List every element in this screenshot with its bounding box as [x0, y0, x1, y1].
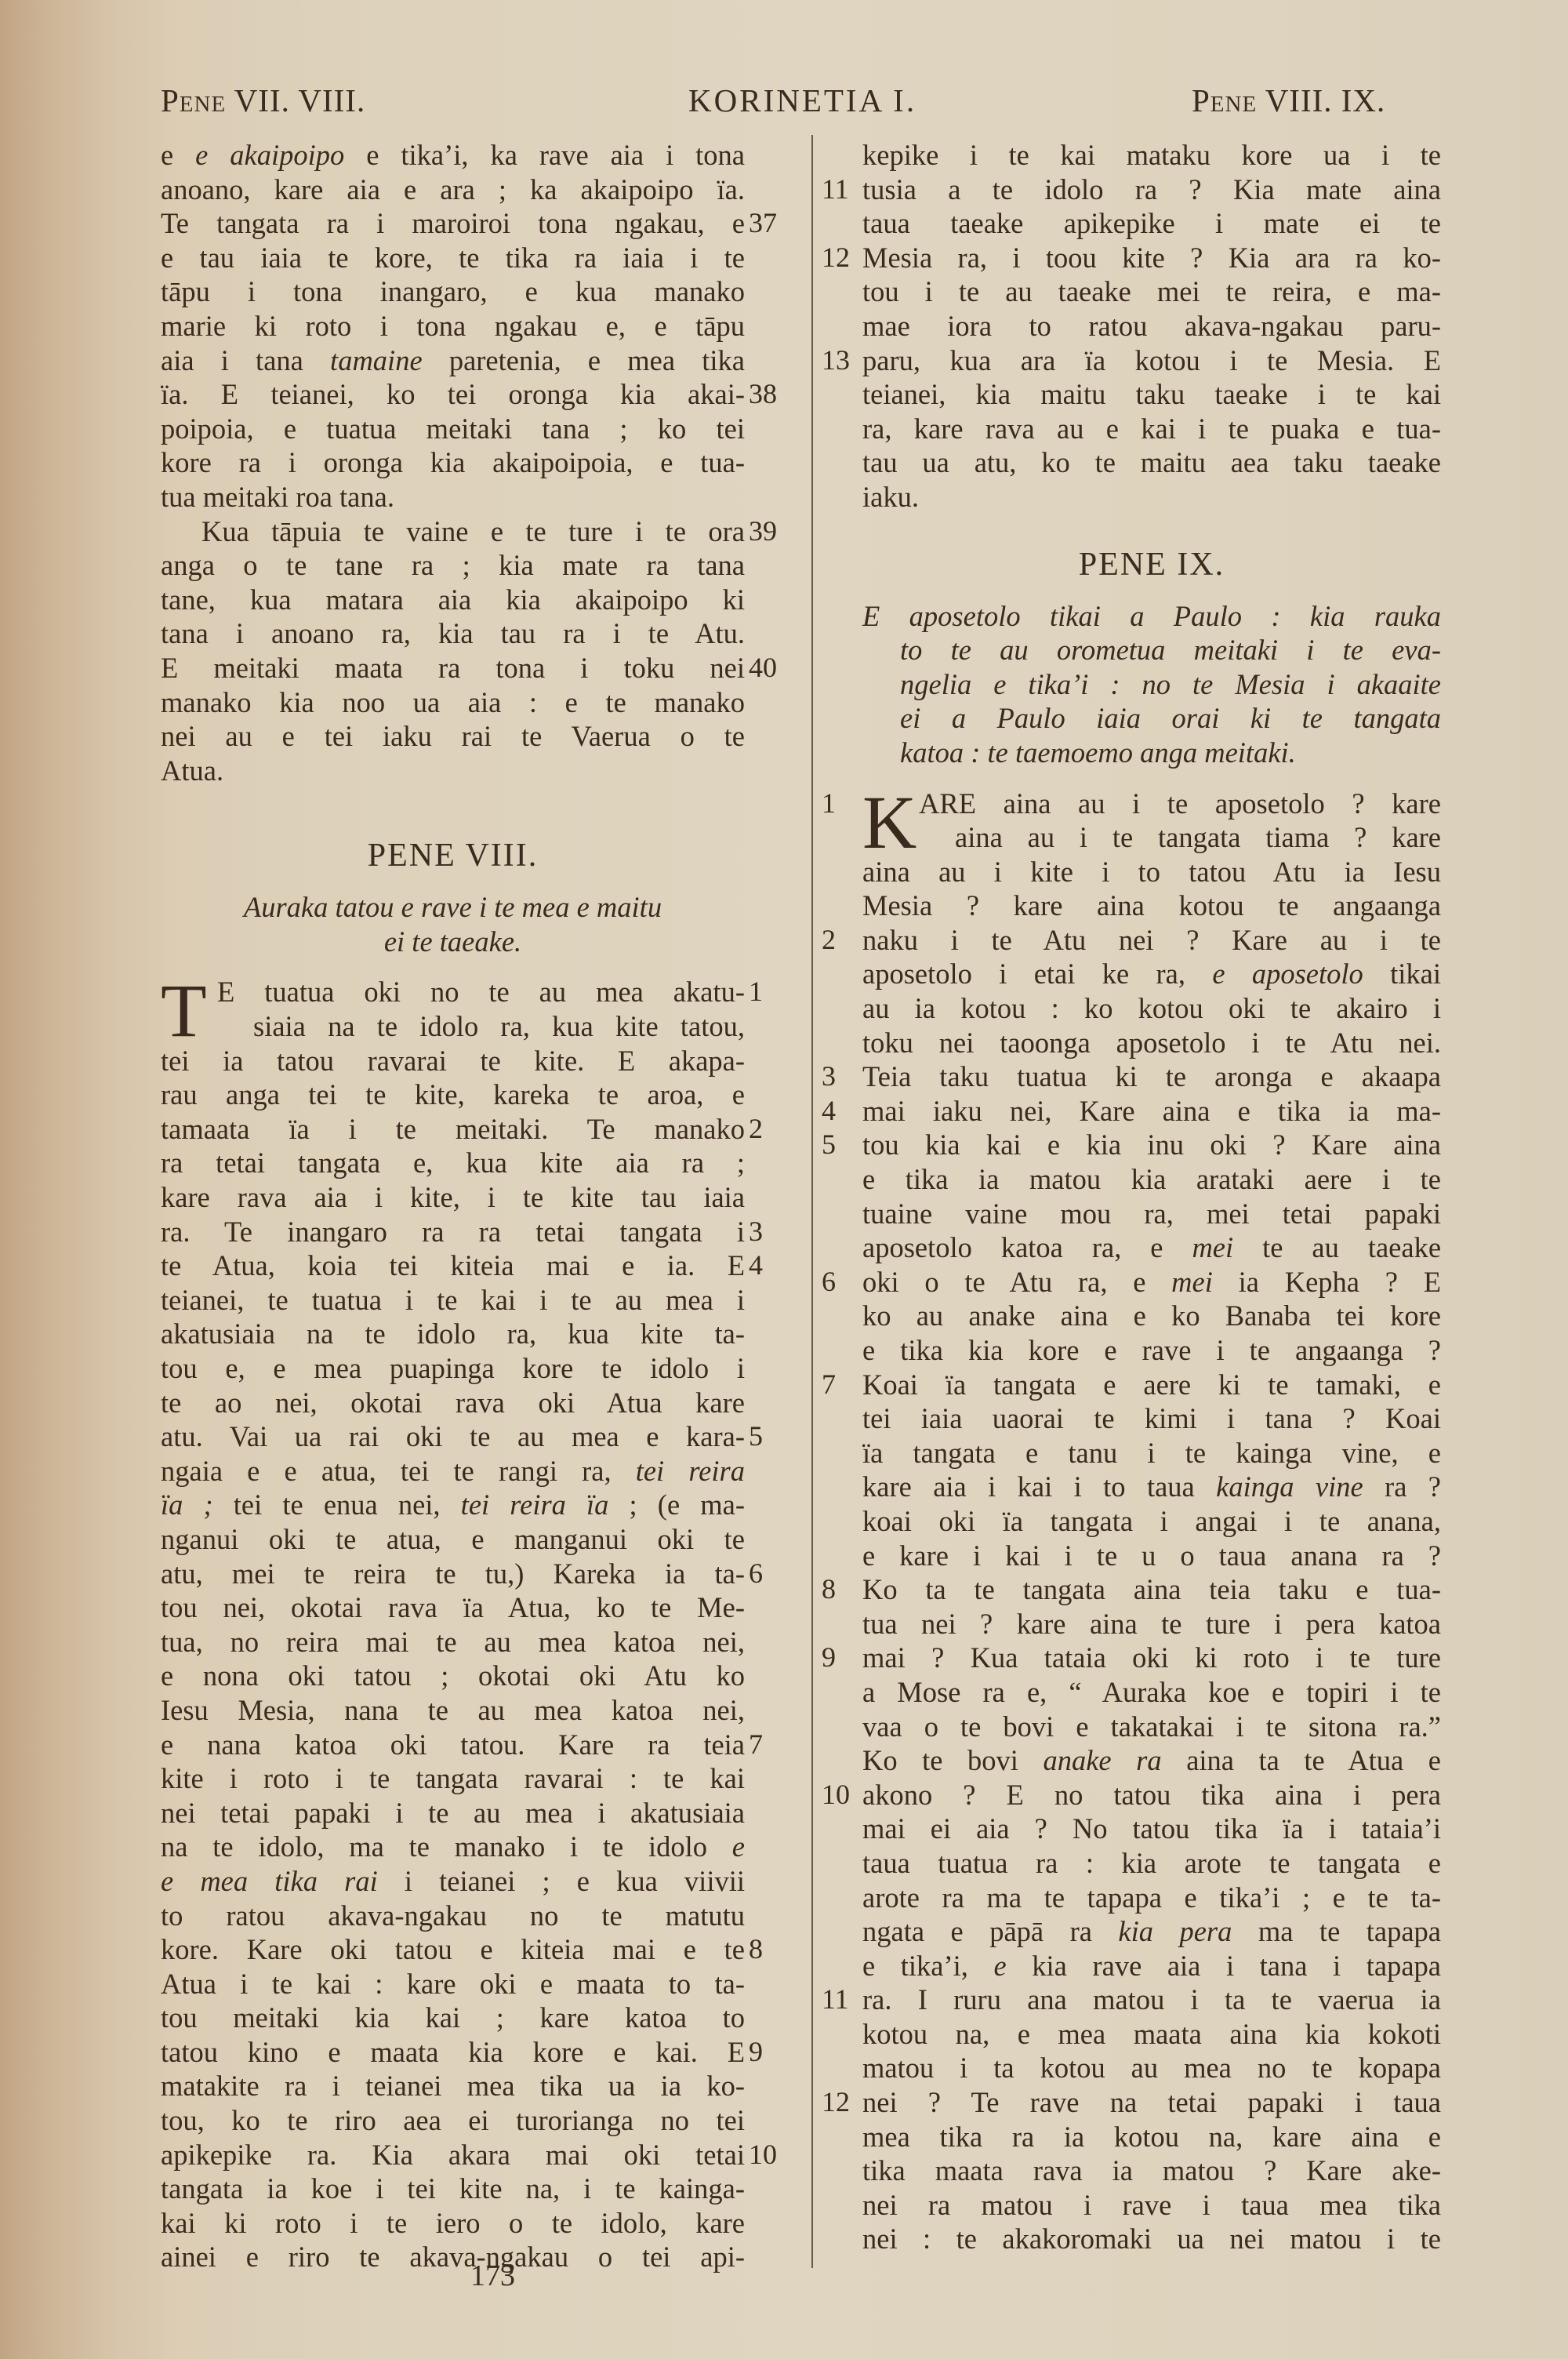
- text-line: Ko ta te tangata aina teia taku e tua-8: [862, 1572, 1441, 1607]
- text-line: rau anga tei te kite, kareka te aroa, e: [161, 1078, 745, 1112]
- text-line: apikepike ra. Kia akara mai oki tetai10: [161, 2138, 745, 2172]
- text-line: taua taeake apikepike i mate ei te: [862, 206, 1441, 241]
- text-line: tāpu i tona inangaro, e kua manako: [161, 274, 745, 309]
- verse-number: 10: [822, 1778, 850, 1812]
- running-head-left: Pene VII. VIII.: [161, 82, 365, 119]
- text-line: e e akaipoipo e tika’i, ka rave aia i to…: [161, 138, 745, 173]
- text-line: akono ? E no tatou tika aina i pera10: [862, 1778, 1441, 1812]
- text-line: manako kia noo ua aia : e te manako: [161, 685, 745, 720]
- text-line: ngata e pāpā ra kia pera ma te tapapa: [862, 1914, 1441, 1949]
- text-line: iaku.: [862, 480, 1441, 514]
- text-line: arote ra ma te tapapa e tika’i ; e te ta…: [862, 1881, 1441, 1915]
- text-line: nganui oki te atua, e manganui oki te: [161, 1522, 745, 1557]
- verse-number: 9: [822, 1641, 836, 1675]
- verse-number: 7: [822, 1368, 836, 1402]
- text-line: tou i te au taeake mei te reira, e ma-: [862, 274, 1441, 309]
- chapter-summary-viii: Auraka tatou e rave i te mea e maituei t…: [161, 890, 745, 958]
- verse-number: 7: [749, 1728, 763, 1762]
- verse-number: 5: [749, 1419, 763, 1454]
- text-line: matakite ra i teianei mea tika ua ia ko-: [161, 2069, 745, 2103]
- chapter-viii-opening: T E tuatua oki no te au mea akatu-1siaia…: [161, 975, 745, 1043]
- text-line: tei ia tatou ravarai te kite. E akapa-: [161, 1044, 745, 1078]
- text-line: e kare i kai i te u o taua anana ra ?: [862, 1539, 1441, 1573]
- chapter-summary-ix: E aposetolo tikai a Paulo : kia raukato …: [862, 599, 1441, 770]
- text-line: aposetolo i etai ke ra, e aposetolo tika…: [862, 957, 1441, 991]
- running-head-left-smallcaps: Pene: [161, 82, 226, 118]
- text-line: mai iaku nei, Kare aina e tika ia ma-4: [862, 1094, 1441, 1129]
- text-line: a Mose ra e, “ Auraka koe e topiri i te: [862, 1675, 1441, 1710]
- text-line: Te tangata ra i maroiroi tona ngakau, e3…: [161, 206, 745, 241]
- text-line: atu. Vai ua rai oki te au mea e kara-5: [161, 1419, 745, 1454]
- summary-line: ngelia e tika’i : no te Mesia i akaaite: [862, 667, 1441, 702]
- text-line: ARE aina au i te aposetolo ? kare1: [862, 787, 1441, 821]
- verse-number: 9: [749, 2035, 763, 2070]
- text-line: to ratou akava-ngakau no te matutu: [161, 1899, 745, 1933]
- text-line: ïa. E teianei, ko tei oronga kia akai-38: [161, 377, 745, 412]
- text-line: naku i te Atu nei ? Kare au i te2: [862, 923, 1441, 958]
- text-line: teianei, kia maitu taku taeake i te kai: [862, 377, 1441, 412]
- text-line: tou, ko te riro aea ei turorianga no tei: [161, 2103, 745, 2138]
- verse-number: 39: [749, 514, 777, 549]
- verse-number: 12: [822, 241, 850, 275]
- verse-number: 3: [822, 1060, 836, 1094]
- text-line: Koai ïa tangata e aere ki te tamaki, e7: [862, 1368, 1441, 1402]
- text-line: paru, kua ara ïa kotou i te Mesia. E13: [862, 343, 1441, 378]
- verse-number: 40: [749, 651, 777, 685]
- text-line: anga o te tane ra ; kia mate ra tana: [161, 548, 745, 583]
- chapter-heading-ix: PENE IX.: [862, 531, 1441, 599]
- text-line: E tuatua oki no te au mea akatu-1: [161, 975, 745, 1009]
- text-line: siaia na te idolo ra, kua kite tatou,: [161, 1009, 745, 1044]
- text-line: tua nei ? kare aina te ture i pera katoa: [862, 1607, 1441, 1641]
- verse-number: 8: [822, 1572, 836, 1607]
- running-head-right-text: VIII. IX.: [1257, 82, 1385, 118]
- text-line: mea tika ra ia kotou na, kare aina e: [862, 2120, 1441, 2154]
- text-line: atu, mei te reira te tu,) Kareka ia ta-6: [161, 1557, 745, 1591]
- verse-number: 6: [822, 1265, 836, 1299]
- text-line: te ao nei, okotai rava oki Atua kare: [161, 1386, 745, 1420]
- text-line: tou nei, okotai rava ïa Atua, ko te Me-: [161, 1590, 745, 1625]
- text-line: Mesia ? kare aina kotou te angaanga: [862, 889, 1441, 923]
- text-line: Ko te bovi anake ra aina ta te Atua e: [862, 1743, 1441, 1778]
- text-line: aina au i te tangata tiama ? kare: [862, 820, 1441, 855]
- text-line: e tika’i, e kia rave aia i tana i tapapa: [862, 1949, 1441, 1983]
- text-line: tika maata rava ia matou ? Kare ake-: [862, 2154, 1441, 2188]
- text-line: tei iaia uaorai te kimi i tana ? Koai: [862, 1401, 1441, 1436]
- running-head-right-smallcaps: Pene: [1192, 82, 1257, 118]
- text-line: ïa tangata e tanu i te kainga vine, e: [862, 1436, 1441, 1470]
- verse-number: 6: [749, 1557, 763, 1591]
- text-line: mae iora to ratou akava-ngakau paru-: [862, 309, 1441, 343]
- verse-number: 10: [749, 2138, 777, 2172]
- text-line: na te idolo, ma te manako i te idolo e: [161, 1830, 745, 1864]
- text-line: ra tetai tangata e, kua kite aia ra ;: [161, 1146, 745, 1180]
- text-line: tatou kino e maata kia kore e kai. E9: [161, 2035, 745, 2070]
- text-line: Iesu Mesia, nana te au mea katoa nei,: [161, 1693, 745, 1728]
- text-line: Atua.: [161, 754, 745, 788]
- summary-line: katoa : te taemoemo anga meitaki.: [862, 736, 1441, 770]
- text-line: Teia taku tuatua ki te aronga e akaapa3: [862, 1060, 1441, 1094]
- page-number: 173: [470, 2259, 515, 2293]
- text-line: e mea tika rai i teianei ; e kua viivii: [161, 1864, 745, 1899]
- text-line: kai ki roto i te iero o te idolo, kare: [161, 2206, 745, 2241]
- text-line: e nana katoa oki tatou. Kare ra teia7: [161, 1728, 745, 1762]
- text-line: tangata ia koe i tei kite na, i te kaing…: [161, 2172, 745, 2206]
- text-line: nei tetai papaki i te au mea i akatusiai…: [161, 1796, 745, 1830]
- text-line: kore. Kare oki tatou e kiteia mai e te8: [161, 1932, 745, 1967]
- verse-number: 1: [822, 787, 836, 821]
- text-line: tau ua atu, ko te maitu aea taku taeake: [862, 445, 1441, 480]
- verses-ch9: aina au i kite i to tatou Atu ia IesuMes…: [862, 855, 1441, 2256]
- text-line: kite i roto i te tangata ravarai : te ka…: [161, 1761, 745, 1796]
- verse-number: 37: [749, 206, 777, 241]
- text-line: tamaata ïa i te meitaki. Te manako2: [161, 1112, 745, 1147]
- text-line: vaa o te bovi e takatakai i te sitona ra…: [862, 1710, 1441, 1744]
- text-line: ra. Te inangaro ra ra tetai tangata i3: [161, 1215, 745, 1249]
- right-column: kepike i te kai mataku kore ua i tetusia…: [862, 138, 1441, 2256]
- text-line: oki o te Atu ra, e mei ia Kepha ? E6: [862, 1265, 1441, 1299]
- summary-line: ei a Paulo iaia orai ki te tangata: [862, 701, 1441, 736]
- text-line: anoano, kare aia e ara ; ka akaipoipo ïa…: [161, 173, 745, 207]
- text-line: tua meitaki roa tana.: [161, 480, 745, 514]
- verses-ch8: tei ia tatou ravarai te kite. E akapa-ra…: [161, 1044, 745, 2274]
- summary-line: E aposetolo tikai a Paulo : kia rauka: [862, 599, 1441, 634]
- verse-number: 13: [822, 343, 850, 378]
- text-line: aposetolo katoa ra, e mei te au taeake: [862, 1230, 1441, 1265]
- verse-number: 3: [749, 1215, 763, 1249]
- text-line: Mesia ra, i toou kite ? Kia ara ra ko-12: [862, 241, 1441, 275]
- summary-line: Auraka tatou e rave i te mea e maitu: [161, 890, 745, 925]
- text-line: kore ra i oronga kia akaipoipoia, e tua-: [161, 445, 745, 480]
- text-line: e tika kia kore e rave i te angaanga ?: [862, 1333, 1441, 1368]
- verse-number: 2: [749, 1112, 763, 1147]
- verse-number: 4: [822, 1094, 836, 1129]
- text-line: ngaia e e atua, tei te rangi ra, tei rei…: [161, 1454, 745, 1488]
- verse-number: 11: [822, 1983, 849, 2017]
- verse-number: 2: [822, 923, 836, 958]
- text-line: tou e, e mea puapinga kore te idolo i: [161, 1351, 745, 1386]
- text-line: poipoia, e tuatua meitaki tana ; ko tei: [161, 412, 745, 446]
- verse-number: 8: [749, 1932, 763, 1967]
- running-head-right: Pene VIII. IX.: [1192, 82, 1385, 119]
- verse-number: 38: [749, 377, 777, 412]
- verse-number: 1: [749, 975, 763, 1009]
- text-line: kotou na, e mea maata aina kia kokoti: [862, 2017, 1441, 2052]
- text-line: au ia kotou : ko kotou oki te akairo i: [862, 991, 1441, 1026]
- verse-number: 4: [749, 1249, 763, 1283]
- text-line: taua tuatua ra : kia arote te tangata e: [862, 1846, 1441, 1881]
- text-line: koai oki ïa tangata i angai i te anana,: [862, 1504, 1441, 1539]
- text-line: kare rava aia i kite, i te kite tau iaia: [161, 1180, 745, 1215]
- text-line: te Atua, koia tei kiteia mai e ia. E4: [161, 1249, 745, 1283]
- summary-line: ei te taeake.: [161, 925, 745, 959]
- text-line: tuaine vaine mou ra, mei tetai papaki: [862, 1197, 1441, 1231]
- text-line: tane, kua matara aia kia akaipoipo ki: [161, 583, 745, 617]
- verses-ch7-39-40: Kua tāpuia te vaine e te ture i te ora39…: [161, 514, 745, 788]
- text-line: kepike i te kai mataku kore ua i te: [862, 138, 1441, 173]
- text-line: mai ei aia ? No tatou tika ïa i tataia’i: [862, 1812, 1441, 1846]
- text-line: tana i anoano ra, kia tau ra i te Atu.: [161, 616, 745, 651]
- text-line: Kua tāpuia te vaine e te ture i te ora39: [161, 514, 745, 549]
- column-divider-rule: [811, 135, 813, 2268]
- verses-ch7-end: e e akaipoipo e tika’i, ka rave aia i to…: [161, 138, 745, 514]
- text-line: nei ra matou i rave i taua mea tika: [862, 2188, 1441, 2223]
- text-line: tusia a te idolo ra ? Kia mate aina11: [862, 173, 1441, 207]
- text-line: e nona oki tatou ; okotai oki Atu ko: [161, 1659, 745, 1693]
- text-line: ïa ; tei te enua nei, tei reira ïa ; (e …: [161, 1488, 745, 1522]
- text-line: ra. I ruru ana matou i ta te vaerua ia11: [862, 1983, 1441, 2017]
- text-line: tua, no reira mai te au mea katoa nei,: [161, 1625, 745, 1659]
- verse-number: 5: [822, 1128, 836, 1162]
- chapter-ix-opening: K ARE aina au i te aposetolo ? kare1aina…: [862, 787, 1441, 855]
- text-line: ko au anake aina e ko Banaba tei kore: [862, 1299, 1441, 1333]
- text-line: E meitaki maata ra tona i toku nei40: [161, 651, 745, 685]
- text-line: tou meitaki kia kai ; kare katoa to: [161, 2001, 745, 2035]
- text-line: teianei, te tuatua i te kai i te au mea …: [161, 1283, 745, 1318]
- left-column: e e akaipoipo e tika’i, ka rave aia i to…: [161, 138, 745, 2274]
- text-line: nei : te akakoromaki ua nei matou i te: [862, 2222, 1441, 2256]
- verse-number: 11: [822, 173, 849, 207]
- running-head-book-title: KORINETIA I.: [688, 82, 916, 119]
- text-line: ainei e riro te akava-ngakau o tei api-: [161, 2240, 745, 2274]
- text-line: akatusiaia na te idolo ra, kua kite ta-: [161, 1317, 745, 1351]
- verses-ch8-end: kepike i te kai mataku kore ua i tetusia…: [862, 138, 1441, 514]
- text-line: tou kia kai e kia inu oki ? Kare aina5: [862, 1128, 1441, 1162]
- text-line: e tika ia matou kia arataki aere i te: [862, 1162, 1441, 1197]
- text-line: aia i tana tamaine paretenia, e mea tika: [161, 343, 745, 378]
- text-line: aina au i kite i to tatou Atu ia Iesu: [862, 855, 1441, 889]
- chapter-heading-viii: PENE VIII.: [161, 822, 745, 890]
- verse-number: 12: [822, 2085, 850, 2120]
- text-line: nei au e tei iaku rai te Vaerua o te: [161, 719, 745, 754]
- text-line: toku nei taoonga aposetolo i te Atu nei.: [862, 1026, 1441, 1060]
- text-line: e tau iaia te kore, te tika ra iaia i te: [161, 241, 745, 275]
- text-line: Atua i te kai : kare oki e maata to ta-: [161, 1967, 745, 2001]
- text-line: mai ? Kua tataia oki ki roto i te ture9: [862, 1641, 1441, 1675]
- text-line: nei ? Te rave na tetai papaki i taua12: [862, 2085, 1441, 2120]
- text-line: matou i ta kotou au mea no te kopapa: [862, 2051, 1441, 2085]
- summary-line: to te au orometua meitaki i te eva-: [862, 633, 1441, 667]
- text-line: ra, kare rava au e kai i te puaka e tua-: [862, 412, 1441, 446]
- text-line: kare aia i kai i to taua kainga vine ra …: [862, 1470, 1441, 1504]
- text-line: marie ki roto i tona ngakau e, e tāpu: [161, 309, 745, 343]
- running-head-left-text: VII. VIII.: [226, 82, 365, 118]
